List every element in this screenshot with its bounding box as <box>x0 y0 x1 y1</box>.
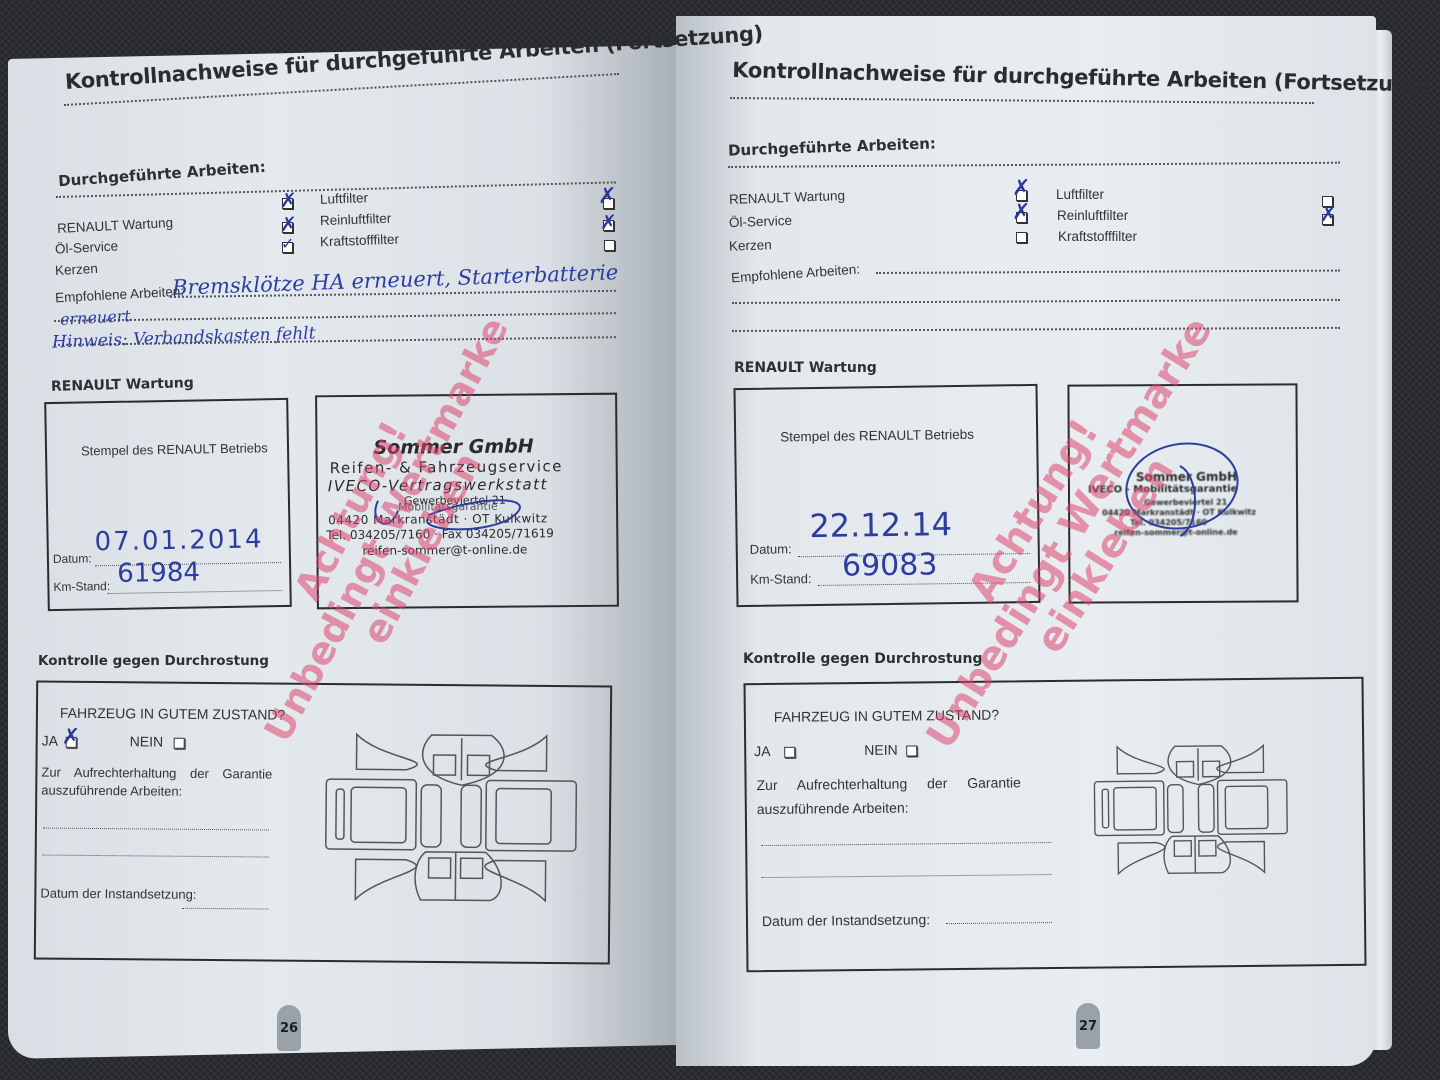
checkmark-icon: ✗ <box>1320 204 1337 224</box>
handwritten-recommended-2: erneuert <box>60 306 132 329</box>
stamp-label: Stempel des RENAULT Betriebs <box>780 427 974 445</box>
signature-scribble <box>358 489 548 541</box>
label-kraftstofffilter: Kraftstofffilter <box>1058 229 1137 244</box>
km-label: Km-Stand: <box>750 571 812 587</box>
checkmark-icon: ✓ <box>281 236 294 252</box>
label-luftfilter: Luftfilter <box>320 190 369 207</box>
car-body-diagram <box>1090 724 1292 896</box>
checkbox-yes[interactable] <box>784 747 795 758</box>
rust-check-heading: Kontrolle gegen Durchrostung <box>38 653 269 669</box>
label-reinluftfilter: Reinluftfilter <box>320 211 392 228</box>
checkmark-icon: ✗ <box>62 727 81 749</box>
warranty-text-1: Zur Aufrechterhaltung der Garantie <box>41 765 272 782</box>
dealer-stamp-box: Sommer GmbH IVECO - Mobilitätsgarantie G… <box>1067 383 1298 603</box>
writing-line <box>762 874 1052 878</box>
renault-wartung-heading: RENAULT Wartung <box>734 360 877 376</box>
date-value: 07.01.2014 <box>94 524 263 557</box>
km-value: 61984 <box>117 557 200 588</box>
checkbox-no[interactable] <box>906 745 917 756</box>
rust-check-box: FAHRZEUG IN GUTEM ZUSTAND? JA NEIN Zur A… <box>744 677 1367 972</box>
label-luftfilter: Luftfilter <box>1056 187 1104 202</box>
car-body-diagram <box>320 729 582 906</box>
date-label: Datum: <box>750 541 792 557</box>
rust-question: FAHRZEUG IN GUTEM ZUSTAND? <box>774 707 999 725</box>
repair-date-label: Datum der Instandsetzung: <box>40 886 196 902</box>
dealer-stamp-box: Sommer GmbH Reifen- & Fahrzeugservice IV… <box>315 393 619 610</box>
warranty-text-1: Zur Aufrechterhaltung der Garantie <box>756 774 1020 793</box>
dealer-line1: Reifen- & Fahrzeugservice <box>330 457 563 477</box>
warranty-text-2: auszuführende Arbeiten: <box>757 800 909 818</box>
checkmark-icon: ✗ <box>1012 202 1030 224</box>
repair-date-line <box>182 908 268 910</box>
km-label: Km-Stand: <box>53 579 110 594</box>
rust-check-box: FAHRZEUG IN GUTEM ZUSTAND? JA ✗ NEIN Zur… <box>34 680 612 964</box>
checkmark-icon: ✗ <box>280 214 297 234</box>
yes-label: JA <box>754 743 771 759</box>
signature-scribble <box>1120 436 1251 547</box>
rust-question: FAHRZEUG IN GUTEM ZUSTAND? <box>60 705 285 723</box>
warranty-text-2: auszuführende Arbeiten: <box>41 783 182 799</box>
repair-date-label: Datum der Instandsetzung: <box>762 911 930 929</box>
page-number-left: 26 <box>277 1005 301 1051</box>
renault-stamp-box: Stempel des RENAULT Betriebs Datum: 07.0… <box>44 398 292 611</box>
km-value: 69083 <box>842 547 938 583</box>
no-label: NEIN <box>130 733 164 749</box>
rust-check-heading: Kontrolle gegen Durchrostung <box>743 651 983 667</box>
no-label: NEIN <box>864 742 898 758</box>
label-kraftstofffilter: Kraftstofffilter <box>320 232 400 250</box>
km-line <box>108 590 282 594</box>
date-value: 22.12.14 <box>809 505 952 545</box>
stamp-label: Stempel des RENAULT Betriebs <box>81 440 268 458</box>
yes-label: JA <box>42 733 58 749</box>
date-label: Datum: <box>53 551 92 566</box>
renault-stamp-box: Stempel des RENAULT Betriebs Datum: 22.1… <box>733 384 1040 607</box>
repair-date-line <box>946 922 1052 924</box>
writing-line <box>43 828 269 831</box>
checkmark-icon: ✗ <box>600 212 617 232</box>
checkbox-kraftstofffilter[interactable] <box>604 240 615 251</box>
checkbox-no[interactable] <box>174 738 185 749</box>
dealer-name: Sommer GmbH <box>373 435 533 458</box>
item-kerzen: Kerzen <box>55 261 99 278</box>
item-oel-service: Öl-Service <box>729 213 793 230</box>
checkmark-icon: ✗ <box>280 190 297 210</box>
checkmark-icon: ✗ <box>598 186 616 208</box>
label-reinluftfilter: Reinluftfilter <box>1057 208 1128 223</box>
checkmark-icon: ✗ <box>1012 178 1030 200</box>
dealer-email: reifen-sommer@t-online.de <box>362 542 527 557</box>
item-kerzen: Kerzen <box>729 237 772 253</box>
writing-line <box>43 855 269 858</box>
checkbox-kerzen[interactable] <box>1016 232 1027 243</box>
page-number-right: 27 <box>1076 1003 1100 1049</box>
writing-line <box>761 842 1051 846</box>
